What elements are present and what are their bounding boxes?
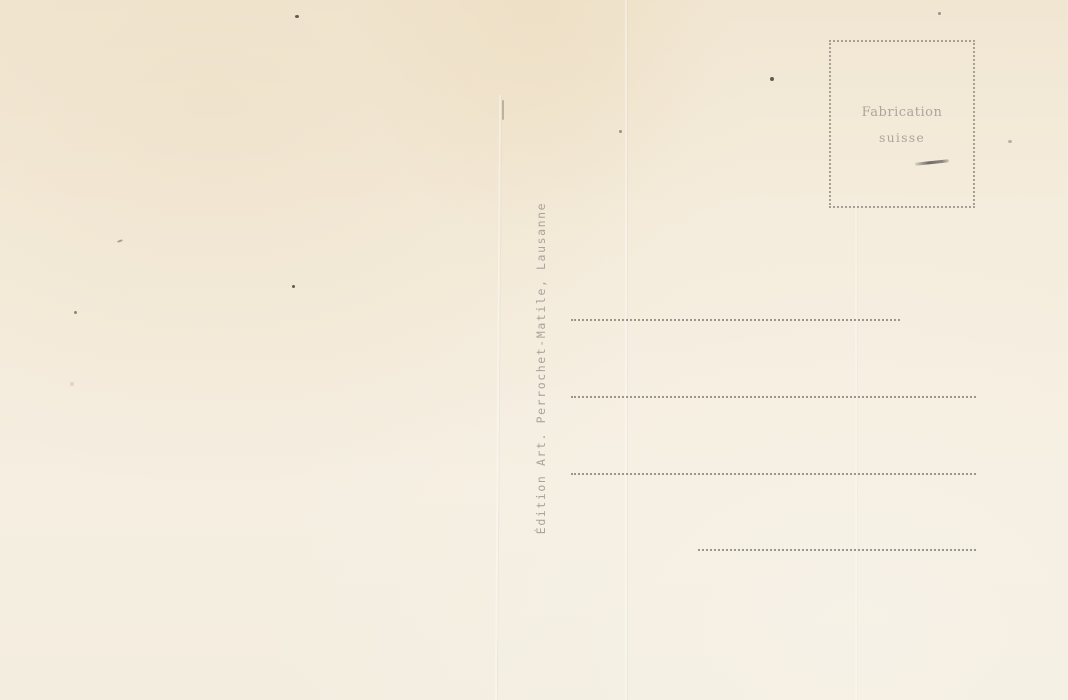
ink-smudge [915, 159, 949, 166]
paper-crease [495, 95, 501, 700]
dust-speck [117, 239, 123, 243]
dust-speck [295, 15, 299, 18]
dust-speck [1008, 140, 1012, 143]
dust-speck [502, 100, 504, 120]
address-line-2 [571, 396, 976, 398]
dust-speck [770, 77, 774, 81]
address-line-4 [698, 549, 976, 551]
address-line-1 [571, 319, 900, 321]
postcard-back: Fabrication suisse Édition Art. Perroche… [0, 0, 1068, 700]
dust-speck [292, 285, 295, 288]
address-line-3 [571, 473, 976, 475]
dust-speck [74, 311, 77, 314]
publisher-imprint: Édition Art. Perrochet-Matile, Lausanne [534, 202, 548, 534]
stamp-label-line1: Fabrication [831, 105, 973, 120]
foxing-spot [70, 382, 74, 386]
stamp-box: Fabrication suisse [829, 40, 975, 208]
dust-speck [938, 12, 941, 15]
stamp-label-line2: suisse [831, 130, 973, 145]
divider-crease [625, 0, 627, 700]
dust-speck [619, 130, 622, 133]
paper-crease [855, 200, 857, 700]
